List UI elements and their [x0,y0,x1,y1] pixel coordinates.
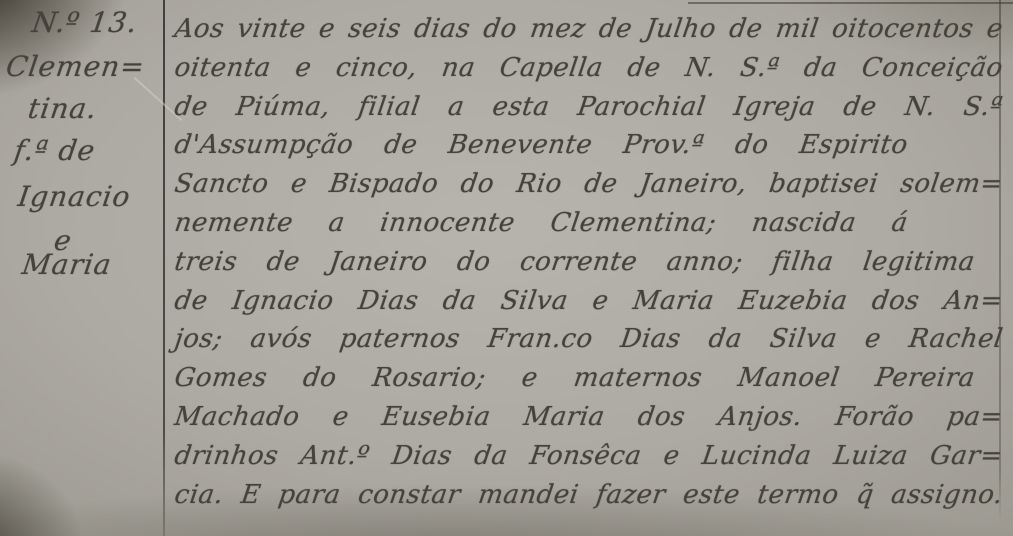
record-text-line-6: nemente a innocente Clementina; nascida … [172,204,910,243]
margin-line-clemen: Clemen= [4,50,147,83]
record-text-line-2: oitenta e cinco, na Capella de N. S.ª da… [172,49,1005,88]
margin-line-filha-de: f.ª de [12,134,98,167]
record-text-line-7: treis de Janeiro do corrente anno; filha… [172,243,977,282]
record-text-line-5: Sancto e Bispado do Rio de Janeiro, bapt… [172,165,1005,204]
record-text-line-4: d'Assumpção de Benevente Prov.ª do Espir… [172,126,910,165]
record-text-line-8: de Ignacio Dias da Silva e Maria Euzebia… [172,282,1005,321]
record-text-line-11: Machado e Eusebia Maria dos Anjos. Forão… [172,398,1005,437]
record-text-line-10: Gomes do Rosario; e maternos Manoel Pere… [172,359,977,398]
record-text-line-9: jos; avós paternos Fran.co Dias da Silva… [172,320,1005,359]
record-text-line-12: drinhos Ant.º Dias da Fonsêca e Lucinda … [172,437,1005,476]
margin-line-maria: Maria [20,248,114,281]
column-divider-line [163,0,165,536]
margin-line-tina: tina. [26,92,99,125]
record-number: N.º 13. [30,6,140,39]
baptism-record-page: N.º 13. Clemen= tina. f.ª de Ignacio e M… [0,0,1013,536]
record-text-line-13: cia. E para constar mandei fazer este te… [172,476,1005,515]
margin-line-ignacio: Ignacio [16,180,133,213]
record-text-line-1: Aos vinte e seis dias do mez de Julho de… [172,10,1005,49]
record-text-line-3: de Piúma, filial a esta Parochial Igreja… [172,88,1005,127]
record-body-text: Aos vinte e seis dias do mez de Julho de… [172,10,1000,514]
top-ruled-line [688,2,1013,4]
